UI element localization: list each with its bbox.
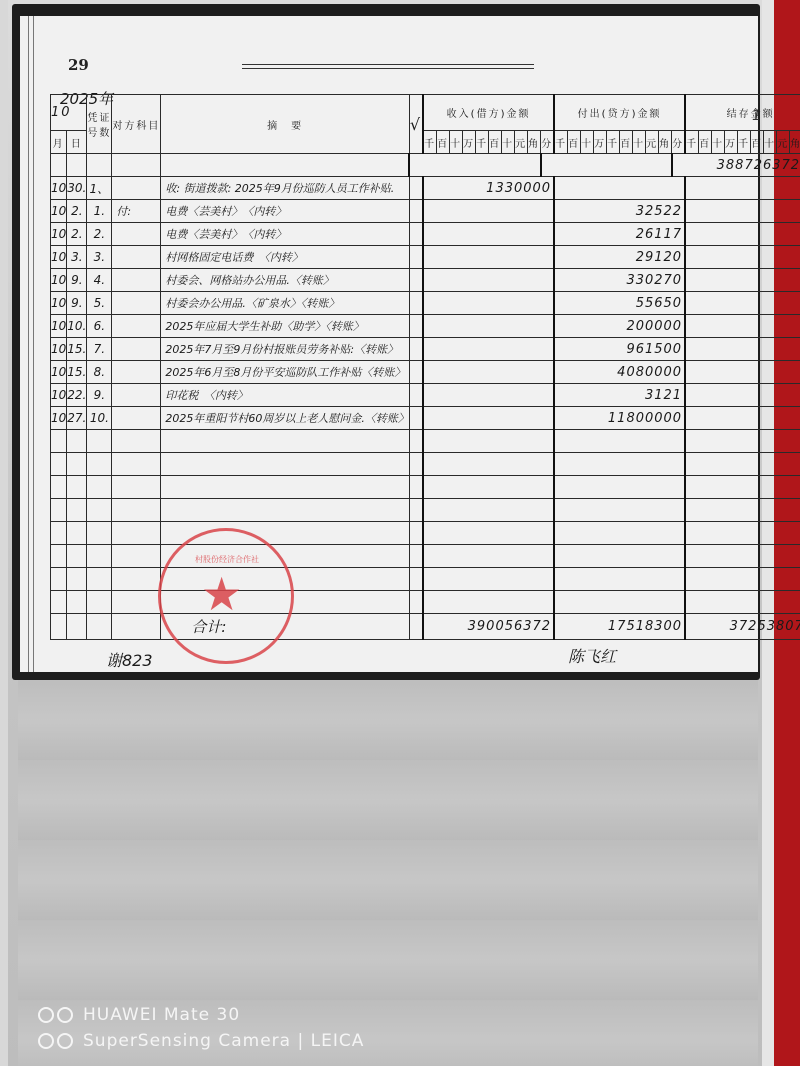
leica-lens-icon bbox=[38, 1007, 73, 1023]
day-cell: 15. bbox=[67, 338, 87, 361]
voucher-cell bbox=[87, 522, 112, 545]
debit-amount bbox=[423, 499, 554, 522]
ledger-page: 29 2025年 10 凭证号数 对方科目 摘 要 √ 收入(借方)金额 付出(… bbox=[20, 16, 758, 672]
account-cell bbox=[112, 591, 161, 614]
day-cell: 22. bbox=[67, 384, 87, 407]
day-cell bbox=[67, 476, 87, 499]
unit-label: 万 bbox=[594, 131, 607, 154]
debit-amount bbox=[423, 476, 554, 499]
credit-amount bbox=[554, 430, 685, 453]
empty-row bbox=[51, 499, 800, 522]
debit-amount bbox=[423, 361, 554, 384]
voucher-cell bbox=[87, 545, 112, 568]
leica-lens-icon bbox=[38, 1033, 73, 1049]
empty-row bbox=[51, 430, 800, 453]
account-cell: 付: bbox=[112, 200, 161, 223]
opening-balance-row: 388726372 bbox=[51, 154, 800, 177]
debit-amount bbox=[423, 430, 554, 453]
table-row: 1010.6.2025年应届大学生补助〈助学〉〈转账〉200000 bbox=[51, 315, 800, 338]
balance-amount bbox=[685, 522, 800, 545]
account-cell bbox=[112, 568, 161, 591]
month-cell: 10 bbox=[51, 407, 67, 430]
check-cell bbox=[409, 292, 423, 315]
month-cell bbox=[51, 522, 67, 545]
summary-cell: 印花税 〈内转〉 bbox=[161, 384, 410, 407]
check-cell bbox=[409, 223, 423, 246]
balance-amount bbox=[685, 246, 800, 269]
balance-amount bbox=[685, 269, 800, 292]
unit-label: 万 bbox=[463, 131, 476, 154]
voucher-cell bbox=[87, 591, 112, 614]
summary-cell: 电费〈芸美村〉 〈内转〉 bbox=[161, 200, 410, 223]
credit-amount bbox=[554, 499, 685, 522]
account-cell bbox=[112, 361, 161, 384]
summary-cell bbox=[161, 430, 410, 453]
debit-amount bbox=[423, 269, 554, 292]
day-cell: 3. bbox=[67, 246, 87, 269]
ledger-body: 388726372 1030.1、收: 街道拨款: 2025年9月份巡防人员工作… bbox=[51, 154, 800, 614]
voucher-cell: 1. bbox=[87, 200, 112, 223]
unit-label: 元 bbox=[646, 131, 659, 154]
month-header-handwritten: 10 bbox=[51, 95, 87, 131]
debit-amount bbox=[423, 545, 554, 568]
summary-cell: 收: 街道拨款: 2025年9月份巡防人员工作补贴. bbox=[161, 177, 410, 200]
check-cell bbox=[409, 338, 423, 361]
credit-amount bbox=[554, 591, 685, 614]
empty-row bbox=[51, 476, 800, 499]
check-cell bbox=[409, 545, 423, 568]
debit-amount bbox=[423, 522, 554, 545]
check-cell bbox=[409, 200, 423, 223]
watermark-line-2: SuperSensing Camera | LEICA bbox=[83, 1031, 364, 1051]
credit-amount: 961500 bbox=[554, 338, 685, 361]
account-cell bbox=[112, 545, 161, 568]
balance-amount bbox=[685, 361, 800, 384]
credit-amount bbox=[554, 177, 685, 200]
balance-amount bbox=[685, 476, 800, 499]
day-cell: 9. bbox=[67, 269, 87, 292]
credit-amount: 26117 bbox=[554, 223, 685, 246]
voucher-cell: 5. bbox=[87, 292, 112, 315]
summary-cell: 2025年7月至9月份村报账员劳务补贴:〈转账〉 bbox=[161, 338, 410, 361]
balance-amount bbox=[685, 200, 800, 223]
unit-label: 万 bbox=[725, 131, 738, 154]
table-row: 102.1.付:电费〈芸美村〉 〈内转〉32522 bbox=[51, 200, 800, 223]
summary-cell bbox=[161, 499, 410, 522]
account-cell bbox=[112, 499, 161, 522]
month-cell bbox=[51, 499, 67, 522]
check-cell bbox=[409, 384, 423, 407]
unit-label: 元 bbox=[515, 131, 528, 154]
check-cell bbox=[409, 361, 423, 384]
unit-label: 十 bbox=[581, 131, 594, 154]
credit-amount: 32522 bbox=[554, 200, 685, 223]
voucher-cell bbox=[87, 568, 112, 591]
camera-watermark: HUAWEI Mate 30 SuperSensing Camera | LEI… bbox=[38, 1002, 364, 1054]
credit-amount bbox=[554, 453, 685, 476]
unit-label: 百 bbox=[751, 131, 764, 154]
account-cell bbox=[112, 476, 161, 499]
unit-label: 十 bbox=[450, 131, 463, 154]
voucher-cell: 8. bbox=[87, 361, 112, 384]
account-header: 对方科目 bbox=[112, 95, 161, 154]
check-cell bbox=[409, 522, 423, 545]
account-cell bbox=[112, 269, 161, 292]
title-rule bbox=[242, 64, 534, 69]
balance-amount bbox=[685, 384, 800, 407]
debit-amount bbox=[423, 407, 554, 430]
day-cell: 30. bbox=[67, 177, 87, 200]
unit-label: 十 bbox=[712, 131, 725, 154]
unit-label: 千 bbox=[476, 131, 489, 154]
month-cell: 10 bbox=[51, 269, 67, 292]
table-row: 1030.1、收: 街道拨款: 2025年9月份巡防人员工作补贴.1330000 bbox=[51, 177, 800, 200]
voucher-cell: 4. bbox=[87, 269, 112, 292]
check-cell bbox=[409, 591, 423, 614]
summary-cell: 村委会办公用品.〈矿泉水〉〈转账〉 bbox=[161, 292, 410, 315]
signature-left: 谢823 bbox=[106, 648, 153, 671]
balance-amount bbox=[685, 407, 800, 430]
account-cell bbox=[112, 384, 161, 407]
unit-label: 千 bbox=[423, 131, 437, 154]
voucher-header: 凭证号数 bbox=[87, 95, 112, 154]
cash-journal-table: 10 凭证号数 对方科目 摘 要 √ 收入(借方)金额 付出(贷方)金额 结存金… bbox=[50, 94, 800, 640]
account-cell bbox=[112, 338, 161, 361]
balance-amount bbox=[685, 499, 800, 522]
month-cell bbox=[51, 430, 67, 453]
day-cell bbox=[67, 545, 87, 568]
table-row: 1015.8.2025年6月至8月份平安巡防队工作补贴〈转账〉4080000 bbox=[51, 361, 800, 384]
month-cell bbox=[51, 476, 67, 499]
balance-amount bbox=[685, 338, 800, 361]
debit-amount: 1330000 bbox=[423, 177, 554, 200]
unit-label: 千 bbox=[738, 131, 751, 154]
day-cell: 15. bbox=[67, 361, 87, 384]
credit-amount: 4080000 bbox=[554, 361, 685, 384]
credit-amount: 330270 bbox=[554, 269, 685, 292]
day-cell bbox=[67, 568, 87, 591]
voucher-cell: 9. bbox=[87, 384, 112, 407]
credit-header: 付出(贷方)金额 bbox=[554, 95, 685, 131]
voucher-cell bbox=[87, 476, 112, 499]
unit-label: 角 bbox=[790, 131, 800, 154]
credit-amount bbox=[554, 568, 685, 591]
debit-amount bbox=[423, 591, 554, 614]
debit-amount bbox=[423, 223, 554, 246]
debit-amount bbox=[423, 568, 554, 591]
totals-debit: 390056372 bbox=[423, 614, 554, 640]
check-cell bbox=[409, 568, 423, 591]
star-icon: ★ bbox=[201, 571, 242, 617]
month-cell: 10 bbox=[51, 223, 67, 246]
check-cell bbox=[409, 269, 423, 292]
unit-label: 分 bbox=[672, 131, 686, 154]
day-cell: 2. bbox=[67, 200, 87, 223]
month-cell: 10 bbox=[51, 361, 67, 384]
empty-row bbox=[51, 522, 800, 545]
table-row: 103.3.村网格固定电话费 〈内转〉29120 bbox=[51, 246, 800, 269]
unit-label: 千 bbox=[554, 131, 568, 154]
summary-cell bbox=[161, 453, 410, 476]
month-cell: 10 bbox=[51, 200, 67, 223]
watermark-line-1: HUAWEI Mate 30 bbox=[83, 1005, 240, 1025]
table-row: 109.5.村委会办公用品.〈矿泉水〉〈转账〉55650 bbox=[51, 292, 800, 315]
unit-label: 百 bbox=[437, 131, 450, 154]
debit-amount bbox=[423, 292, 554, 315]
day-cell: 2. bbox=[67, 223, 87, 246]
month-cell: 10 bbox=[51, 315, 67, 338]
day-cell bbox=[67, 499, 87, 522]
check-cell bbox=[409, 246, 423, 269]
debit-amount bbox=[423, 246, 554, 269]
account-cell bbox=[112, 223, 161, 246]
page-number: 29 bbox=[68, 56, 89, 74]
voucher-cell: 3. bbox=[87, 246, 112, 269]
margin-mark: 1 bbox=[752, 108, 761, 124]
account-cell bbox=[112, 430, 161, 453]
month-cell bbox=[51, 453, 67, 476]
unit-label: 角 bbox=[528, 131, 541, 154]
credit-amount: 200000 bbox=[554, 315, 685, 338]
day-cell bbox=[67, 522, 87, 545]
account-cell bbox=[112, 177, 161, 200]
debit-header: 收入(借方)金额 bbox=[423, 95, 554, 131]
voucher-cell bbox=[87, 430, 112, 453]
month-cell bbox=[51, 591, 67, 614]
unit-label: 十 bbox=[633, 131, 646, 154]
voucher-cell: 2. bbox=[87, 223, 112, 246]
check-cell bbox=[409, 453, 423, 476]
table-row: 102.2.电费〈芸美村〉 〈内转〉26117 bbox=[51, 223, 800, 246]
unit-label: 百 bbox=[699, 131, 712, 154]
month-cell bbox=[51, 545, 67, 568]
month-cell bbox=[51, 568, 67, 591]
unit-label: 分 bbox=[541, 131, 555, 154]
month-cell: 10 bbox=[51, 292, 67, 315]
check-cell bbox=[409, 407, 423, 430]
debit-amount bbox=[423, 338, 554, 361]
summary-cell bbox=[161, 476, 410, 499]
totals-credit: 17518300 bbox=[554, 614, 685, 640]
voucher-cell: 7. bbox=[87, 338, 112, 361]
table-row: 109.4.村委会、网格站办公用品.〈转账〉330270 bbox=[51, 269, 800, 292]
summary-cell: 村委会、网格站办公用品.〈转账〉 bbox=[161, 269, 410, 292]
month-label: 月 bbox=[51, 131, 67, 154]
unit-label: 百 bbox=[568, 131, 581, 154]
credit-amount: 29120 bbox=[554, 246, 685, 269]
balance-amount bbox=[685, 545, 800, 568]
credit-amount bbox=[554, 522, 685, 545]
account-cell bbox=[112, 292, 161, 315]
account-cell bbox=[112, 453, 161, 476]
summary-cell: 电费〈芸美村〉 〈内转〉 bbox=[161, 223, 410, 246]
day-cell: 9. bbox=[67, 292, 87, 315]
unit-label: 千 bbox=[607, 131, 620, 154]
balance-amount bbox=[685, 223, 800, 246]
check-cell bbox=[409, 430, 423, 453]
totals-balance: 372538072 bbox=[685, 614, 800, 640]
unit-label: 千 bbox=[685, 131, 699, 154]
balance-amount bbox=[685, 591, 800, 614]
credit-amount: 3121 bbox=[554, 384, 685, 407]
stamp-text: 村股份经济合作社 bbox=[169, 555, 285, 565]
month-cell: 10 bbox=[51, 384, 67, 407]
opening-balance: 388726372 bbox=[672, 154, 800, 177]
table-row: 1022.9.印花税 〈内转〉3121 bbox=[51, 384, 800, 407]
binding-edge bbox=[28, 16, 34, 672]
month-cell: 10 bbox=[51, 246, 67, 269]
balance-amount bbox=[685, 568, 800, 591]
account-cell bbox=[112, 246, 161, 269]
check-cell bbox=[409, 177, 423, 200]
day-label: 日 bbox=[67, 131, 87, 154]
table-row: 1027.10.2025年重阳节村60周岁以上老人慰问金.〈转账〉1180000… bbox=[51, 407, 800, 430]
day-cell: 10. bbox=[67, 315, 87, 338]
debit-amount bbox=[423, 453, 554, 476]
balance-amount bbox=[685, 177, 800, 200]
empty-row bbox=[51, 545, 800, 568]
debit-amount bbox=[423, 315, 554, 338]
header-row-1: 10 凭证号数 对方科目 摘 要 √ 收入(借方)金额 付出(贷方)金额 结存金… bbox=[51, 95, 800, 131]
debit-amount bbox=[423, 200, 554, 223]
day-cell bbox=[67, 591, 87, 614]
check-cell bbox=[409, 315, 423, 338]
empty-row bbox=[51, 453, 800, 476]
check-cell bbox=[409, 476, 423, 499]
signature-right: 陈飞红 bbox=[568, 644, 616, 667]
unit-label: 十 bbox=[764, 131, 777, 154]
debit-amount bbox=[423, 384, 554, 407]
balance-amount bbox=[685, 430, 800, 453]
unit-label: 百 bbox=[489, 131, 502, 154]
credit-amount: 55650 bbox=[554, 292, 685, 315]
balance-amount bbox=[685, 453, 800, 476]
unit-label: 元 bbox=[777, 131, 790, 154]
check-header: √ bbox=[409, 95, 423, 154]
day-cell bbox=[67, 453, 87, 476]
day-cell: 27. bbox=[67, 407, 87, 430]
summary-cell: 2025年6月至8月份平安巡防队工作补贴〈转账〉 bbox=[161, 361, 410, 384]
credit-amount bbox=[554, 476, 685, 499]
voucher-cell: 6. bbox=[87, 315, 112, 338]
account-cell bbox=[112, 315, 161, 338]
summary-cell: 村网格固定电话费 〈内转〉 bbox=[161, 246, 410, 269]
account-cell bbox=[112, 407, 161, 430]
month-cell: 10 bbox=[51, 338, 67, 361]
table-row: 1015.7.2025年7月至9月份村报账员劳务补贴:〈转账〉961500 bbox=[51, 338, 800, 361]
unit-label: 十 bbox=[502, 131, 515, 154]
voucher-cell bbox=[87, 453, 112, 476]
credit-amount: 11800000 bbox=[554, 407, 685, 430]
summary-header: 摘 要 bbox=[161, 95, 410, 154]
unit-label: 角 bbox=[659, 131, 672, 154]
voucher-cell: 10. bbox=[87, 407, 112, 430]
summary-cell: 2025年应届大学生补助〈助学〉〈转账〉 bbox=[161, 315, 410, 338]
summary-cell: 2025年重阳节村60周岁以上老人慰问金.〈转账〉 bbox=[161, 407, 410, 430]
day-cell bbox=[67, 430, 87, 453]
balance-header: 结存金额 bbox=[685, 95, 800, 131]
balance-amount bbox=[685, 315, 800, 338]
official-red-stamp: 村股份经济合作社 ★ bbox=[158, 528, 294, 664]
credit-amount bbox=[554, 545, 685, 568]
check-cell bbox=[409, 499, 423, 522]
account-cell bbox=[112, 522, 161, 545]
voucher-cell bbox=[87, 499, 112, 522]
month-cell: 10 bbox=[51, 177, 67, 200]
unit-label: 百 bbox=[620, 131, 633, 154]
voucher-cell: 1、 bbox=[87, 177, 112, 200]
balance-amount bbox=[685, 292, 800, 315]
